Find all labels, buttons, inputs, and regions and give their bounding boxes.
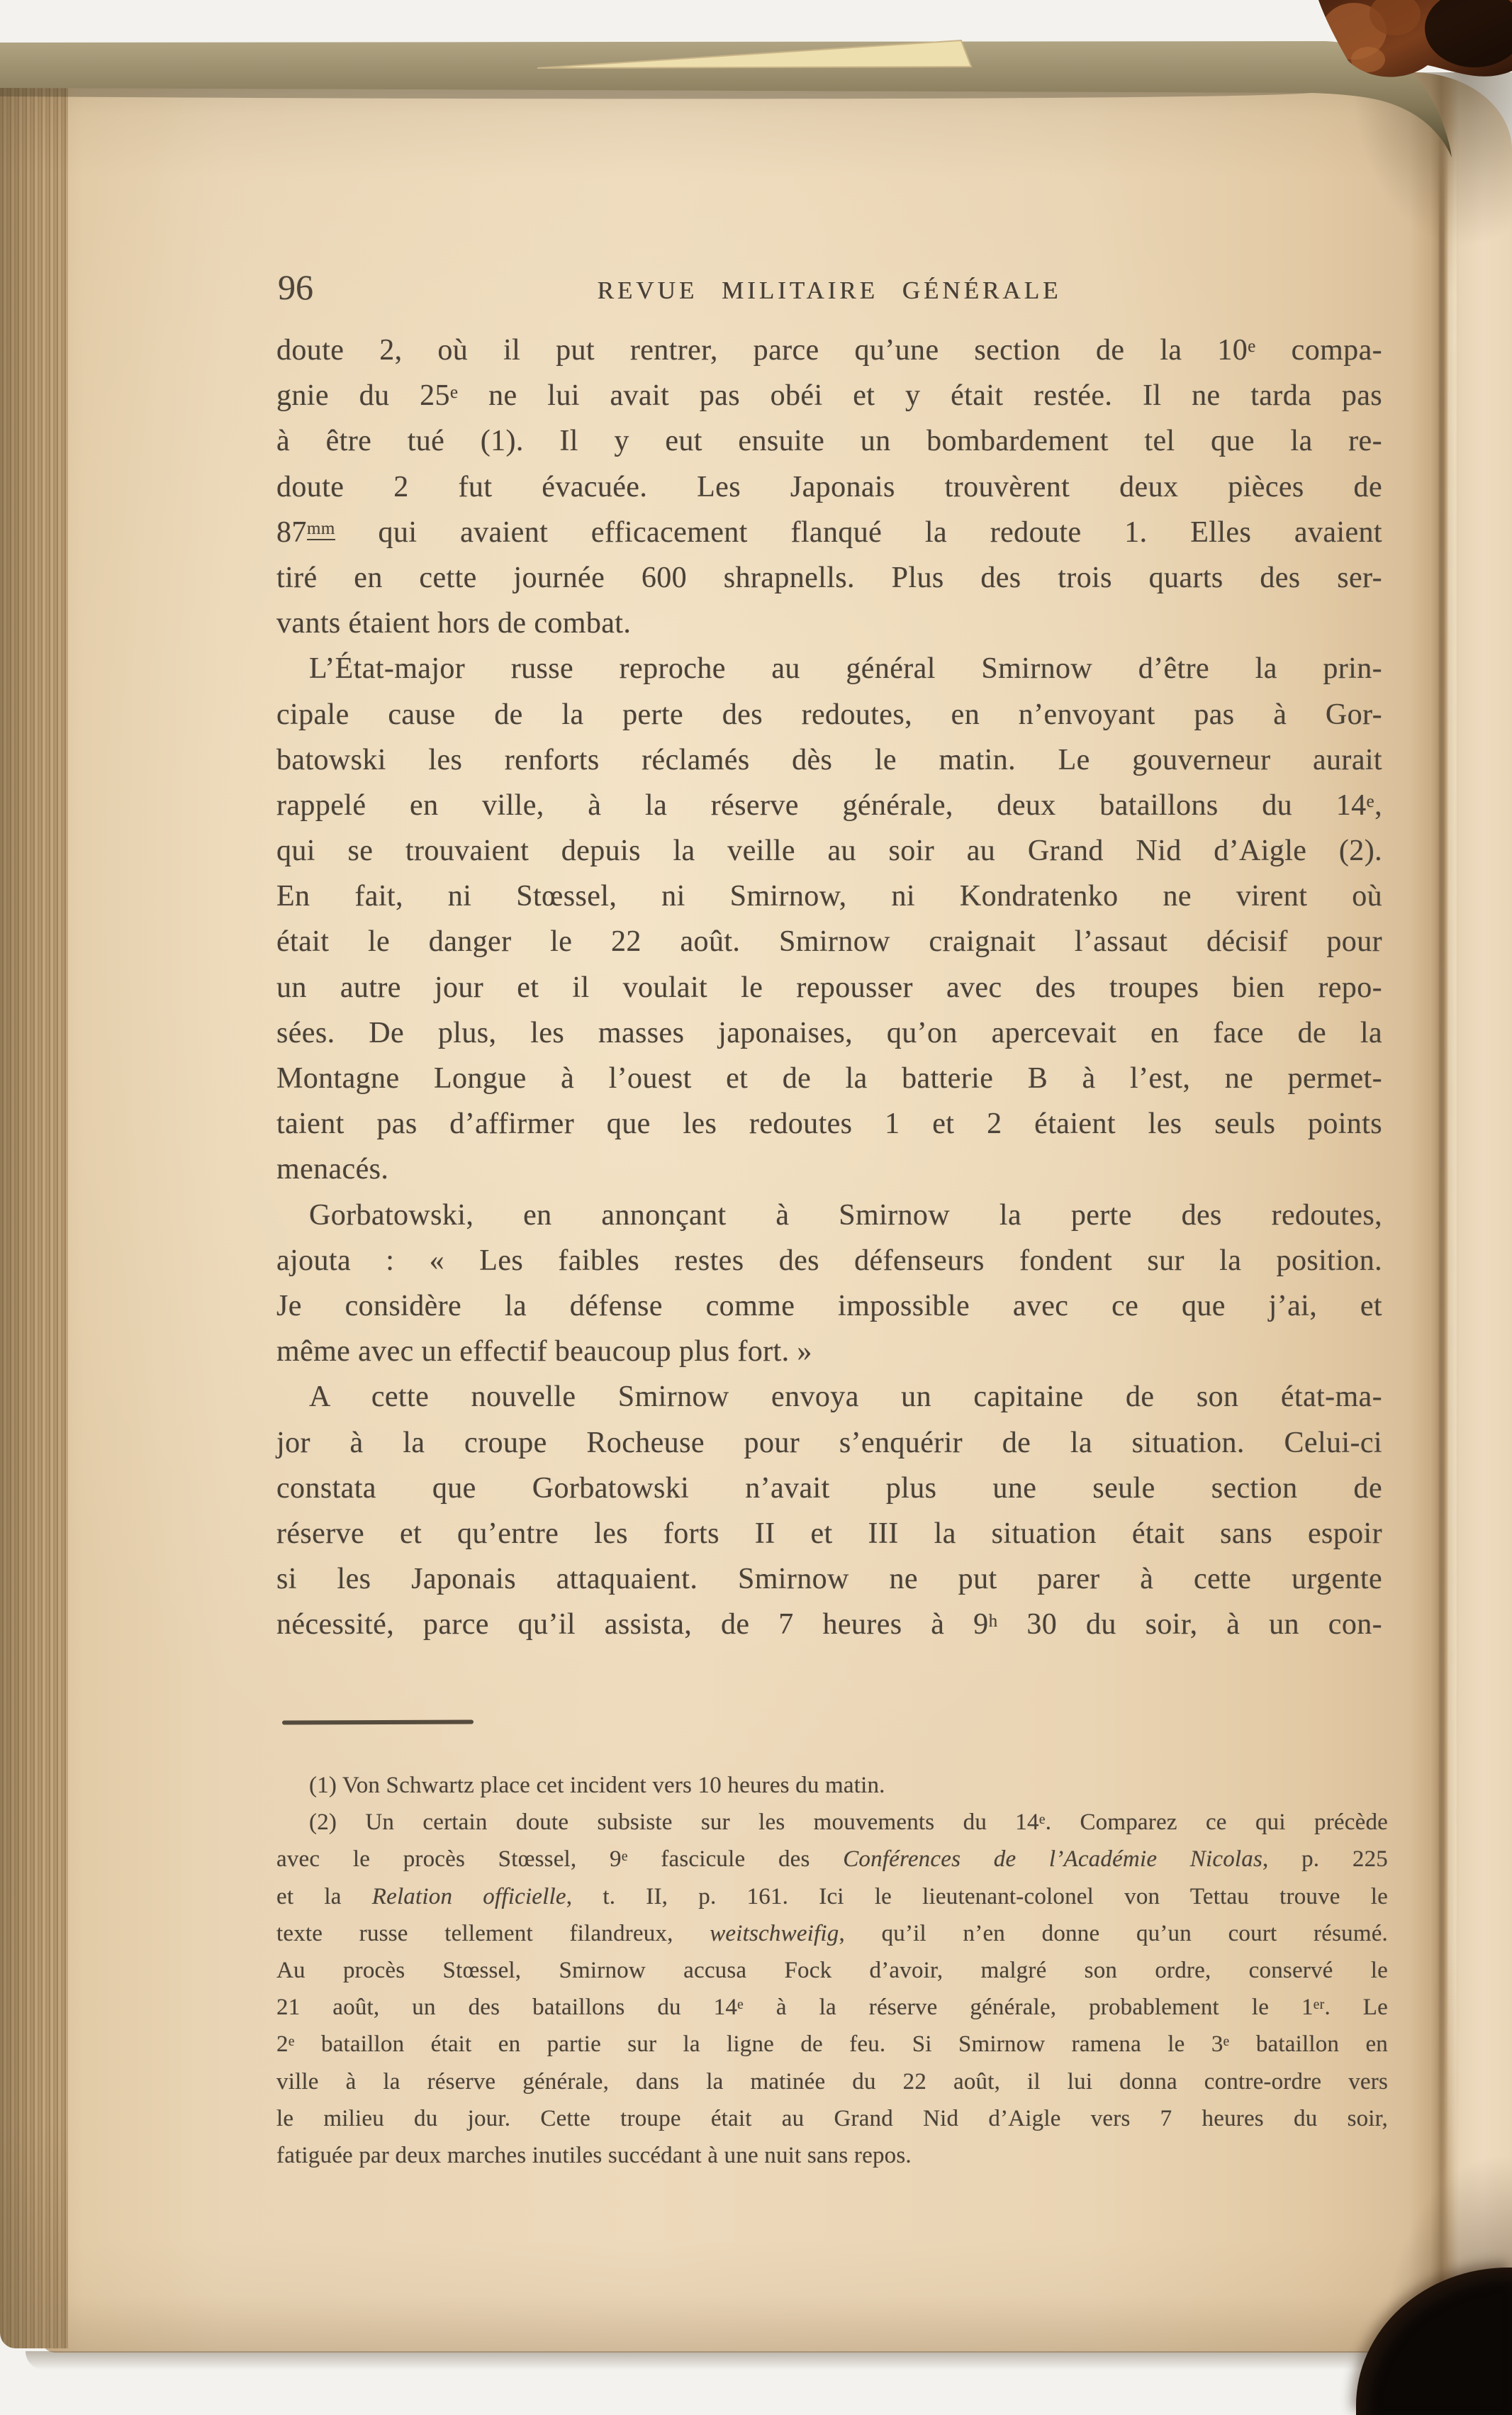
body-text-line: cipale cause de la perte des redoutes, e… <box>276 692 1382 737</box>
footnote-line: (2) Un certain doute subsiste sur les mo… <box>276 1804 1388 1841</box>
body-text-line: qui se trouvaient depuis la veille au so… <box>276 828 1382 874</box>
body-text: doute 2, où il put rentrer, parce qu’une… <box>276 328 1382 1647</box>
footnote-line: 21 août, un des bataillons du 14e à la r… <box>276 1989 1388 2026</box>
body-text-line: Je considère la défense comme impossible… <box>276 1283 1382 1329</box>
footnote-separator <box>282 1720 474 1725</box>
book-photo: 96 REVUE MILITAIRE GÉNÉRALE doute 2, où … <box>0 0 1512 2415</box>
footnote-line: texte russe tellement filandreux, weitsc… <box>276 1915 1388 1952</box>
footnote-line: et la Relation officielle, t. II, p. 161… <box>276 1878 1388 1915</box>
body-text-line: batowski les renforts réclamés dès le ma… <box>276 737 1382 783</box>
body-text-line: Montagne Longue à l’ouest et de la batte… <box>276 1056 1382 1101</box>
footnote-line: le milieu du jour. Cette troupe était au… <box>276 2100 1388 2137</box>
body-text-line: un autre jour et il voulait le repousser… <box>276 965 1382 1010</box>
footnote-line: fatiguée par deux marches inutiles succé… <box>276 2137 1388 2174</box>
printed-page: 96 REVUE MILITAIRE GÉNÉRALE doute 2, où … <box>0 0 1512 2415</box>
body-text-line: doute 2, où il put rentrer, parce qu’une… <box>276 328 1382 373</box>
body-text-line: était le danger le 22 août. Smirnow crai… <box>276 919 1382 964</box>
body-text-line: sées. De plus, les masses japonaises, qu… <box>276 1010 1382 1056</box>
body-text-line: si les Japonais attaquaient. Smirnow ne … <box>276 1556 1382 1602</box>
body-text-line: menacés. <box>276 1147 1382 1192</box>
body-text-line: réserve et qu’entre les forts II et III … <box>276 1511 1382 1556</box>
body-text-line: doute 2 fut évacuée. Les Japonais trouvè… <box>276 464 1382 510</box>
body-text-line: constata que Gorbatowski n’avait plus un… <box>276 1466 1382 1511</box>
body-text-line: rappelé en ville, à la réserve générale,… <box>276 783 1382 828</box>
footnote-line: 2e bataillon était en partie sur la lign… <box>276 2026 1388 2063</box>
body-text-line: jor à la croupe Rocheuse pour s’enquérir… <box>276 1420 1382 1466</box>
footnotes: (1) Von Schwartz place cet incident vers… <box>276 1767 1388 2174</box>
body-text-line: En fait, ni Stœssel, ni Smirnow, ni Kond… <box>276 874 1382 919</box>
body-text-line: Gorbatowski, en annonçant à Smirnow la p… <box>276 1193 1382 1238</box>
footnote-line: ville à la réserve générale, dans la mat… <box>276 2063 1388 2100</box>
body-text-line: vants étaient hors de combat. <box>276 601 1382 646</box>
body-text-line: nécessité, parce qu’il assista, de 7 heu… <box>276 1602 1382 1647</box>
footnote-line: (1) Von Schwartz place cet incident vers… <box>276 1767 1388 1804</box>
body-text-line: L’État-major russe reproche au général S… <box>276 646 1382 691</box>
body-text-line: gnie du 25e ne lui avait pas obéi et y é… <box>276 373 1382 418</box>
footnote-line: avec le procès Stœssel, 9e fascicule des… <box>276 1841 1388 1878</box>
body-text-line: à être tué (1). Il y eut ensuite un bomb… <box>276 418 1382 464</box>
running-title: REVUE MILITAIRE GÉNÉRALE <box>276 277 1382 305</box>
body-text-line: taient pas d’affirmer que les redoutes 1… <box>276 1101 1382 1147</box>
body-text-line: A cette nouvelle Smirnow envoya un capit… <box>276 1374 1382 1420</box>
page-header: 96 REVUE MILITAIRE GÉNÉRALE <box>276 269 1382 313</box>
footnote-line: Au procès Stœssel, Smirnow accusa Fock d… <box>276 1952 1388 1989</box>
body-text-line: ajouta : « Les faibles restes des défens… <box>276 1238 1382 1283</box>
body-text-line: 87mm qui avaient efficacement flanqué la… <box>276 510 1382 555</box>
body-text-line: tiré en cette journée 600 shrapnells. Pl… <box>276 555 1382 601</box>
body-text-line: même avec un effectif beaucoup plus fort… <box>276 1329 1382 1374</box>
